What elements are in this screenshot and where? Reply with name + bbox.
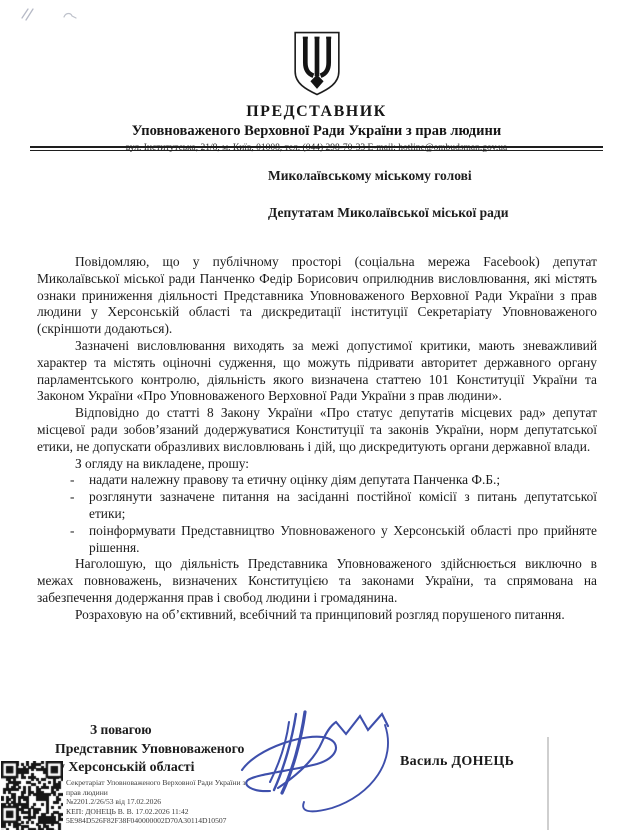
pen-marks [12, 2, 102, 28]
org-subtitle: Уповноваженого Верховної Ради України з … [0, 123, 633, 140]
qr-code [1, 761, 63, 830]
body-paragraph: Зазначені висловлювання виходять за межі… [37, 338, 597, 405]
dash-marker: - [70, 489, 89, 523]
signature-title-line2: у Херсонській області [58, 759, 195, 775]
digital-stamp: Секретаріат Уповноваженого Верховної Рад… [66, 778, 316, 826]
letter-body: Повідомляю, що у публічному просторі (со… [37, 254, 597, 624]
body-paragraph: Наголошую, що діяльність Представника Уп… [37, 556, 597, 606]
stamp-line: Секретаріат Уповноваженого Верховної Рад… [66, 778, 316, 788]
request-intro: З огляду на викладене, прошу: [37, 456, 597, 473]
request-item: - надати належну правову та етичну оцінк… [37, 472, 597, 489]
letterhead: ПРЕДСТАВНИК Уповноваженого Верховної Рад… [0, 31, 633, 153]
request-text: розглянути зазначене питання на засіданн… [89, 489, 597, 523]
dash-marker: - [70, 472, 89, 489]
recipient-line: Депутатам Миколаївської міської ради [268, 205, 509, 221]
org-title: ПРЕДСТАВНИК [0, 103, 633, 121]
request-item: - розглянути зазначене питання на засіда… [37, 489, 597, 523]
request-item: - поінформувати Представництво Уповноваж… [37, 523, 597, 557]
recipient-line: Миколаївському міському голові [268, 168, 509, 184]
body-paragraph: Повідомляю, що у публічному просторі (со… [37, 254, 597, 338]
signature-salutation: З повагою [90, 722, 152, 738]
scan-crease [547, 737, 549, 830]
stamp-line: КЕП: ДОНЕЦЬ В. В. 17.02.2026 11:42 [66, 807, 316, 817]
ukraine-trident-emblem-icon [291, 31, 343, 96]
request-text: надати належну правову та етичну оцінку … [89, 472, 597, 489]
scanned-letter-page: { "letterhead": { "emblem": "ukraine-tri… [0, 0, 633, 830]
stamp-line: №2201.2/26/53 від 17.02.2026 [66, 797, 316, 807]
dash-marker: - [70, 523, 89, 557]
stamp-line: прав людини [66, 788, 316, 798]
signature-title-line1: Представник Уповноваженого [55, 741, 244, 757]
header-rule [30, 146, 603, 151]
body-paragraph: Відповідно до статті 8 Закону України «П… [37, 405, 597, 455]
signer-name: Василь ДОНЕЦЬ [400, 754, 514, 770]
recipient-block: Миколаївському міському голові Депутатам… [268, 168, 509, 242]
body-paragraph: Розраховую на об’єктивний, всебічний та … [37, 607, 597, 624]
stamp-line: 5E984D526F82F38F040000002D70A30114D10507 [66, 816, 316, 826]
request-text: поінформувати Представництво Уповноважен… [89, 523, 597, 557]
